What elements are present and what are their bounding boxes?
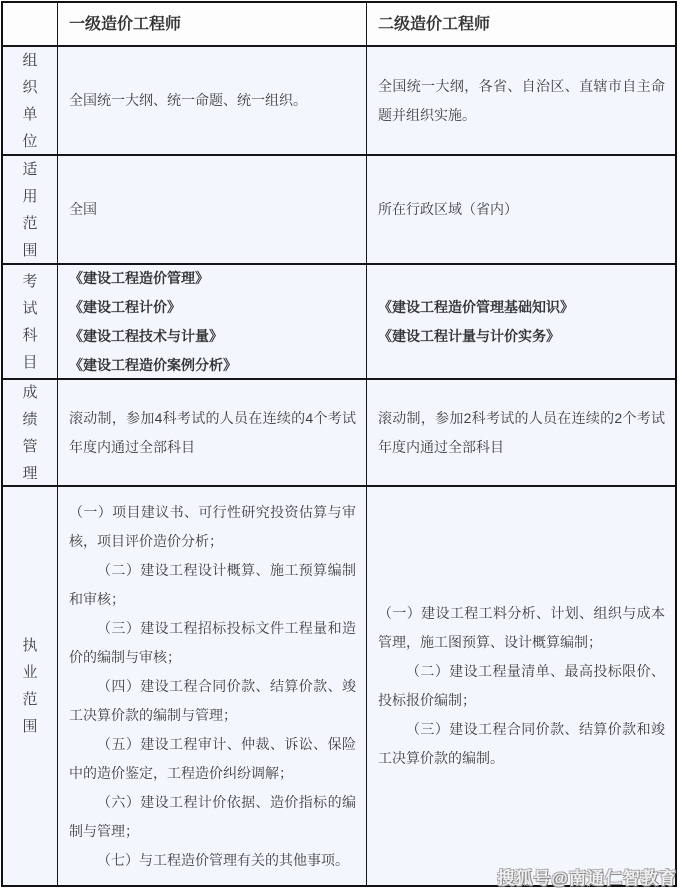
subject-title: 《建设工程造价管理》 [69, 264, 356, 293]
row-label-text: 适用范围 [22, 156, 38, 264]
subject-title: 《建设工程造价管理基础知识》 [378, 293, 665, 322]
cell-text: 全国 [69, 195, 356, 224]
row-label-score-management: 成绩管理 [3, 380, 58, 487]
cell-text: 所在行政区域（省内） [378, 195, 665, 224]
cell-exam-subjects-level2: 《建设工程造价管理基础知识》 《建设工程计量与计价实务》 [367, 265, 675, 380]
row-label-text: 成绩管理 [22, 379, 38, 487]
comparison-table: 一级造价工程师 二级造价工程师 组织单位 全国统一大纲、统一命题、统一组织。 全… [1, 1, 677, 887]
subject-title: 《建设工程技术与计量》 [69, 322, 356, 351]
cell-score-management-level2: 滚动制，参加2科考试的人员在连续的2个考试年度内通过全部科目 [367, 380, 675, 487]
cell-organizing-unit-level1: 全国统一大纲、统一命题、统一组织。 [58, 47, 367, 156]
subject-title: 《建设工程造价案例分析》 [69, 351, 356, 380]
header-level2: 二级造价工程师 [367, 3, 675, 47]
row-label-text: 执业范围 [22, 632, 38, 740]
practice-item: （二）建设工程量清单、最高投标限价、投标报价编制； [378, 657, 665, 715]
sohu-watermark: 搜狐号@南通仁智教育 [497, 864, 677, 889]
cell-practice-scope-level2: （一）建设工程工料分析、计划、组织与成本管理，施工图预算、设计概算编制； （二）… [367, 487, 675, 885]
practice-item: （三）建设工程招标投标文件工程量和造价的编制与审核； [69, 614, 356, 672]
practice-item: （一）项目建议书、可行性研究投资估算与审核，项目评价造价分析； [69, 498, 356, 556]
practice-item: （七）与工程造价管理有关的其他事项。 [69, 846, 356, 875]
cell-applicable-scope-level1: 全国 [58, 156, 367, 265]
cell-organizing-unit-level2: 全国统一大纲，各省、自治区、直辖市自主命题并组织实施。 [367, 47, 675, 156]
header-level1-label: 一级造价工程师 [69, 10, 356, 39]
row-label-text: 考试科目 [22, 268, 38, 376]
cell-practice-scope-level1: （一）项目建议书、可行性研究投资估算与审核，项目评价造价分析； （二）建设工程设… [58, 487, 367, 885]
practice-item: （二）建设工程设计概算、施工预算编制和审核； [69, 556, 356, 614]
row-label-exam-subjects: 考试科目 [3, 265, 58, 380]
practice-item: （五）建设工程审计、仲裁、诉讼、保险中的造价鉴定，工程造价纠纷调解； [69, 730, 356, 788]
header-level1: 一级造价工程师 [58, 3, 367, 47]
header-level2-label: 二级造价工程师 [378, 10, 665, 39]
header-corner-cell [3, 3, 58, 47]
row-label-practice-scope: 执业范围 [3, 487, 58, 885]
practice-item: （一）建设工程工料分析、计划、组织与成本管理，施工图预算、设计概算编制； [378, 599, 665, 657]
cell-text: 全国统一大纲，各省、自治区、直辖市自主命题并组织实施。 [378, 72, 665, 130]
cell-applicable-scope-level2: 所在行政区域（省内） [367, 156, 675, 265]
row-label-text: 组织单位 [22, 47, 38, 155]
practice-item: （六）建设工程计价依据、造价指标的编制与管理； [69, 788, 356, 846]
cell-exam-subjects-level1: 《建设工程造价管理》 《建设工程计价》 《建设工程技术与计量》 《建设工程造价案… [58, 265, 367, 380]
practice-item: （三）建设工程合同价款、结算价款和竣工决算价款的编制。 [378, 715, 665, 773]
row-label-organizing-unit: 组织单位 [3, 47, 58, 156]
cell-text: 全国统一大纲、统一命题、统一组织。 [69, 86, 356, 115]
cell-text: 滚动制，参加4科考试的人员在连续的4个考试年度内通过全部科目 [69, 404, 356, 462]
practice-item: （四）建设工程合同价款、结算价款、竣工决算价款的编制与管理； [69, 672, 356, 730]
cell-text: 滚动制，参加2科考试的人员在连续的2个考试年度内通过全部科目 [378, 404, 665, 462]
cell-score-management-level1: 滚动制，参加4科考试的人员在连续的4个考试年度内通过全部科目 [58, 380, 367, 487]
subject-title: 《建设工程计价》 [69, 293, 356, 322]
row-label-applicable-scope: 适用范围 [3, 156, 58, 265]
subject-title: 《建设工程计量与计价实务》 [378, 322, 665, 351]
